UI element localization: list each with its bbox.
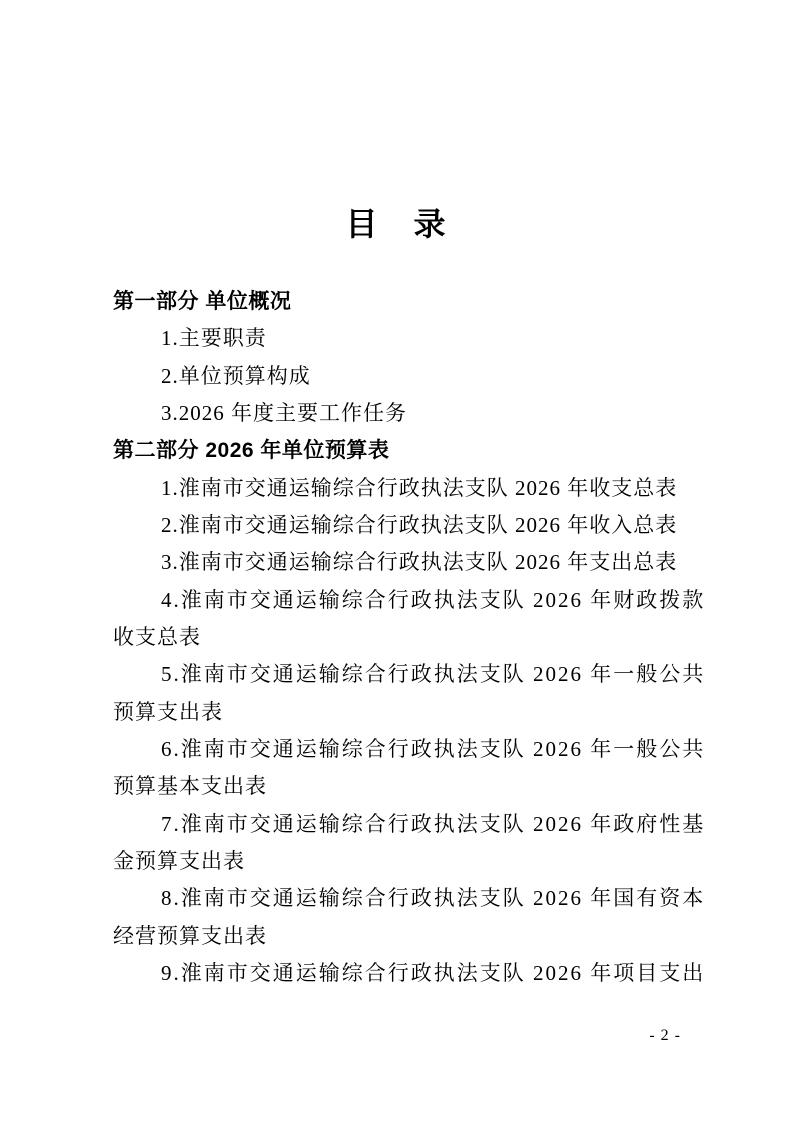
toc-item-2-7-line-2: 金预算支出表 <box>113 843 681 880</box>
toc-item-2-6-line-1: 6.淮南市交通运输综合行政执法支队 2026 年一般公共 <box>113 731 681 768</box>
toc-item-2-1: 1.淮南市交通运输综合行政执法支队 2026 年收支总表 <box>113 470 681 507</box>
toc-item-1-1: 1.主要职责 <box>113 320 681 357</box>
toc-item-2-2: 2.淮南市交通运输综合行政执法支队 2026 年收入总表 <box>113 507 681 544</box>
toc-item-2-4-line-1: 4.淮南市交通运输综合行政执法支队 2026 年财政拨款 <box>113 582 681 619</box>
toc-item-2-7-line-1: 7.淮南市交通运输综合行政执法支队 2026 年政府性基 <box>113 806 681 843</box>
document-page: 目 录 第一部分 单位概况 1.主要职责 2.单位预算构成 3.2026 年度主… <box>0 0 793 1122</box>
toc-heading-part-2: 第二部分 2026 年单位预算表 <box>113 432 681 469</box>
toc-item-2-8-line-2: 经营预算支出表 <box>113 918 681 955</box>
table-of-contents: 第一部分 单位概况 1.主要职责 2.单位预算构成 3.2026 年度主要工作任… <box>113 283 681 992</box>
toc-heading-part-1: 第一部分 单位概况 <box>113 283 681 320</box>
toc-item-2-4-line-2: 收支总表 <box>113 619 681 656</box>
toc-item-1-3: 3.2026 年度主要工作任务 <box>113 395 681 432</box>
toc-item-2-5-line-1: 5.淮南市交通运输综合行政执法支队 2026 年一般公共 <box>113 656 681 693</box>
toc-item-1-2: 2.单位预算构成 <box>113 358 681 395</box>
toc-item-2-8-line-1: 8.淮南市交通运输综合行政执法支队 2026 年国有资本 <box>113 880 681 917</box>
toc-item-2-5-line-2: 预算支出表 <box>113 694 681 731</box>
page-number: - 2 - <box>649 1026 681 1046</box>
page-title: 目 录 <box>0 204 793 244</box>
toc-item-2-6-line-2: 预算基本支出表 <box>113 768 681 805</box>
toc-item-2-9-line-1: 9.淮南市交通运输综合行政执法支队 2026 年项目支出 <box>113 955 681 992</box>
toc-item-2-3: 3.淮南市交通运输综合行政执法支队 2026 年支出总表 <box>113 544 681 581</box>
